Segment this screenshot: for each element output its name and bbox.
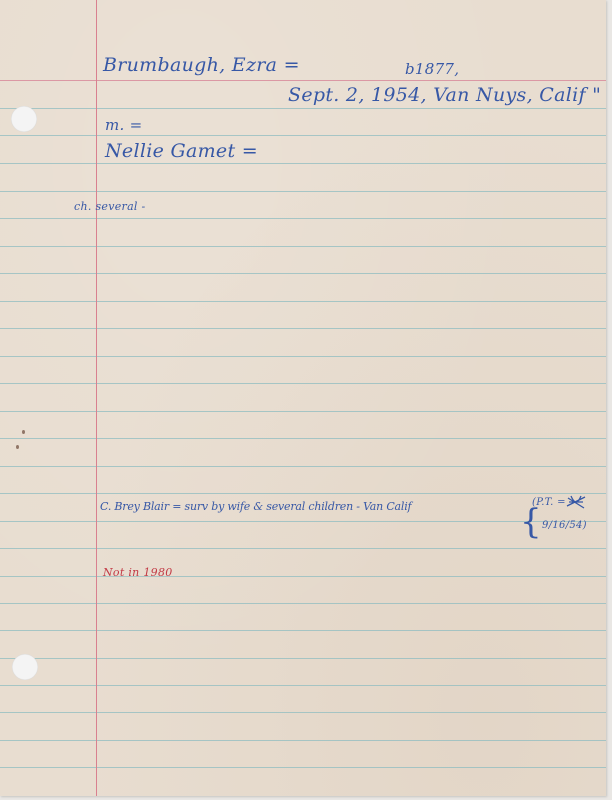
rule-line (0, 163, 606, 164)
rule-line (0, 135, 606, 136)
paper-speck (16, 445, 19, 449)
rule-line (0, 191, 606, 192)
punch-hole-bottom (12, 654, 38, 680)
margin-line (96, 0, 97, 796)
rule-line (0, 685, 606, 686)
rule-line (0, 767, 606, 768)
entry-death: Sept. 2, 1954, Van Nuys, Calif " (288, 84, 601, 106)
notebook-page: Brumbaugh, Ezra = b1877, Sept. 2, 1954, … (0, 0, 606, 796)
entry-name: Brumbaugh, Ezra = (103, 54, 300, 76)
rule-line (0, 273, 606, 274)
paper-speck (22, 430, 25, 434)
rule-line (0, 108, 606, 109)
rule-line (0, 630, 606, 631)
rule-line (0, 246, 606, 247)
rule-line (0, 438, 606, 439)
header-rule (0, 80, 606, 81)
entry-spouse: Nellie Gamet = (105, 140, 258, 162)
entry-source-date: 9/16/54) (542, 520, 587, 531)
entry-note-line: C. Brey Blair = surv by wife & several c… (100, 500, 411, 513)
entry-source-open: (P.T. = (532, 497, 566, 508)
rule-line (0, 466, 606, 467)
rule-line (0, 493, 606, 494)
rule-line (0, 383, 606, 384)
entry-married-label: m. = (105, 116, 143, 134)
rule-line (0, 301, 606, 302)
rule-line (0, 603, 606, 604)
rule-line (0, 411, 606, 412)
rule-line (0, 356, 606, 357)
entry-birth: b1877, (405, 60, 459, 78)
entry-children-note: ch. several - (74, 200, 146, 213)
source-brace: { (520, 505, 542, 539)
rule-line (0, 218, 606, 219)
punch-hole-top (11, 106, 37, 132)
rule-line (0, 740, 606, 741)
rule-line (0, 548, 606, 549)
rule-line (0, 576, 606, 577)
rule-line (0, 658, 606, 659)
rule-line (0, 712, 606, 713)
rule-line (0, 521, 606, 522)
red-note: Not in 1980 (103, 566, 173, 579)
crossed-out-scribble-icon (566, 494, 586, 510)
rule-line (0, 328, 606, 329)
